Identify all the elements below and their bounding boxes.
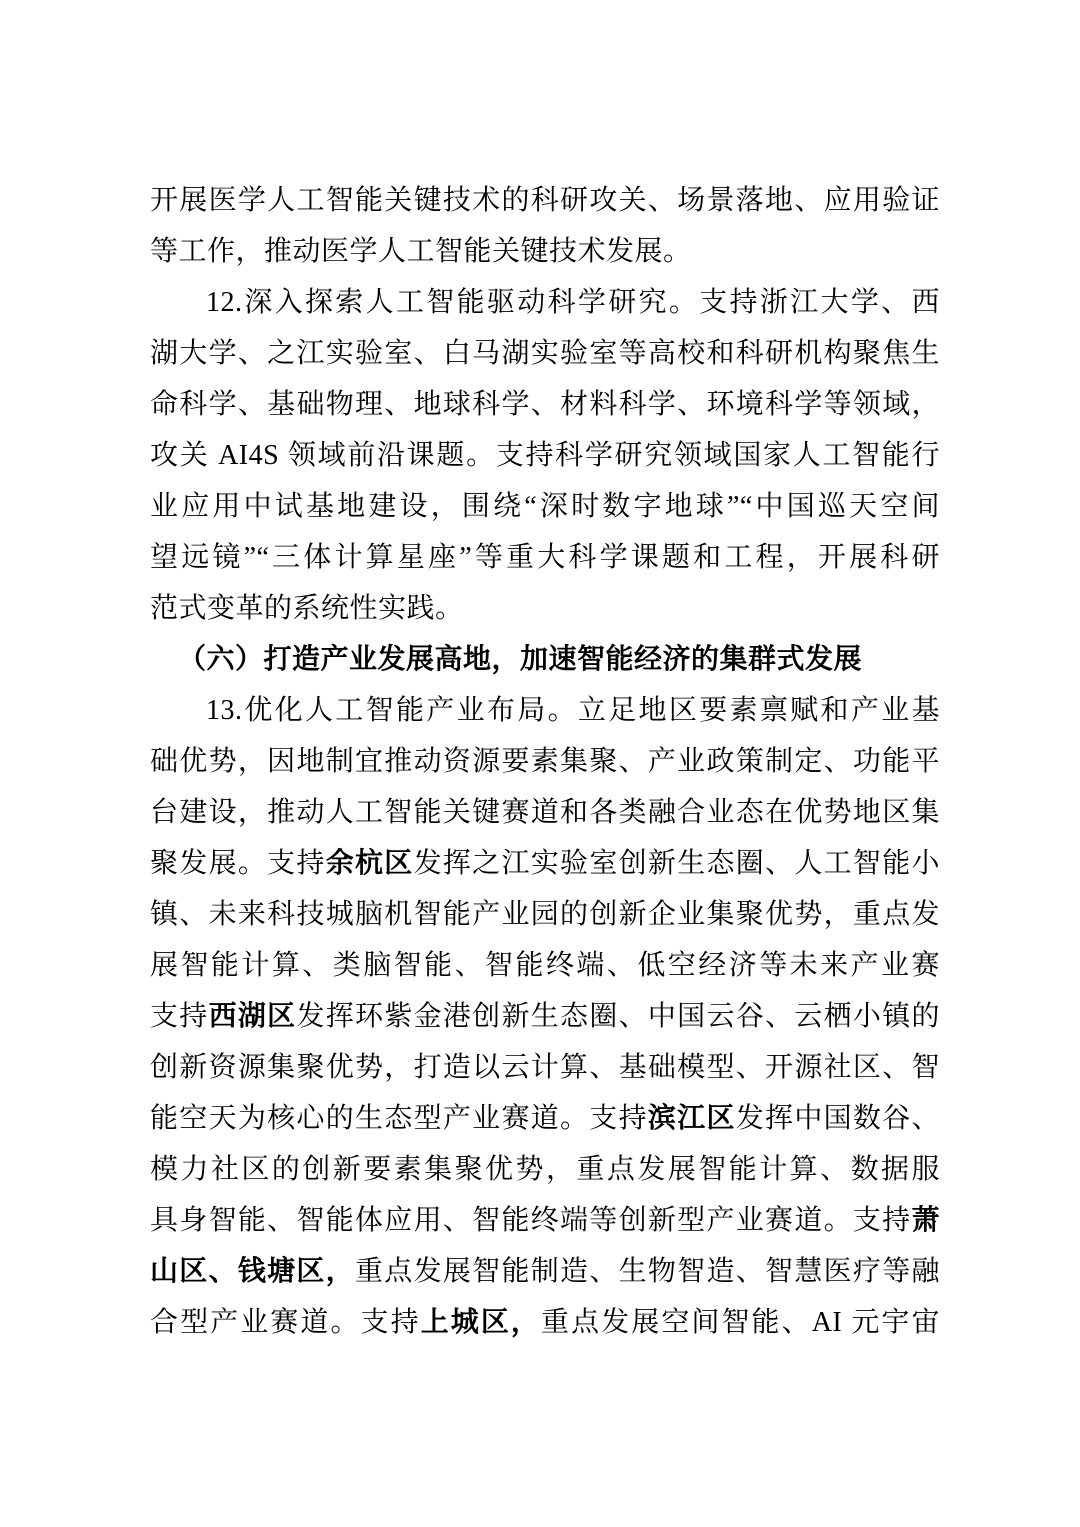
text-line: 具身智能、智能体应用、智能终端等创新型产业赛道。支持萧 (150, 1195, 940, 1246)
text-line: 命科学、基础物理、地球科学、材料科学、环境科学等领域， (150, 379, 940, 430)
text-line: 等工作，推动医学人工智能关键技术发展。 (150, 226, 940, 277)
text-segment: 础优势，因地制宜推动资源要素集聚、产业政策制定、功能平 (150, 746, 940, 777)
text-segment: 模力社区的创新要素集聚优势，重点发展智能计算、数据服务、 (150, 1154, 940, 1195)
text-segment: 重点发展空间智能、AI 元宇宙 (541, 1307, 940, 1338)
text-line: 12.深入探索人工智能驱动科学研究。支持浙江大学、西 (150, 277, 940, 328)
district-name-emphasis: 余杭区 (326, 848, 414, 879)
text-segment: 台建设，推动人工智能关键赛道和各类融合业态在优势地区集 (150, 797, 940, 828)
text-line: 13.优化人工智能产业布局。立足地区要素禀赋和产业基 (150, 685, 940, 736)
text-segment: 攻关 AI4S 领域前沿课题。支持科学研究领域国家人工智能行 (150, 440, 940, 471)
text-line: 山区、钱塘区，重点发展智能制造、生物智造、智慧医疗等融 (150, 1246, 940, 1297)
text-segment: 支持 (150, 1001, 209, 1032)
text-line: 聚发展。支持余杭区发挥之江实验室创新生态圈、人工智能小 (150, 838, 940, 889)
text-line: 台建设，推动人工智能关键赛道和各类融合业态在优势地区集 (150, 787, 940, 838)
text-line: 攻关 AI4S 领域前沿课题。支持科学研究领域国家人工智能行 (150, 430, 940, 481)
text-segment: 发挥环紫金港创新生态圈、中国云谷、云栖小镇的 (296, 1001, 940, 1032)
text-segment: 业应用中试基地建设，围绕“深时数字地球”“中国巡天空间 (150, 491, 940, 522)
text-segment: 重点发展智能制造、生物智造、智慧医疗等融 (355, 1256, 940, 1287)
text-line: 支持西湖区发挥环紫金港创新生态圈、中国云谷、云栖小镇的 (150, 991, 940, 1042)
text-line: 展智能计算、类脑智能、智能终端、低空经济等未来产业赛道。 (150, 940, 940, 991)
district-name-emphasis: 萧 (911, 1205, 940, 1236)
text-line: 业应用中试基地建设，围绕“深时数字地球”“中国巡天空间 (150, 481, 940, 532)
text-line: 模力社区的创新要素集聚优势，重点发展智能计算、数据服务、 (150, 1144, 940, 1195)
district-name-emphasis: 上城区， (421, 1307, 541, 1338)
text-segment: 支持浙江大学、西 (699, 287, 940, 318)
document-page: 开展医学人工智能关键技术的科研攻关、场景落地、应用验证等工作，推动医学人工智能关… (0, 0, 1080, 1527)
text-segment: 发挥之江实验室创新生态圈、人工智能小 (414, 848, 940, 879)
section-heading-text: （六）打造产业发展高地，加速智能经济的集群式发展 (178, 644, 862, 675)
text-segment: 湖大学、之江实验室、白马湖实验室等高校和科研机构聚焦生 (150, 338, 940, 369)
text-segment: 立足地区要素禀赋和产业基 (578, 695, 940, 726)
text-segment: 合型产业赛道。支持 (150, 1307, 421, 1338)
district-name-emphasis: 山区、钱塘区， (150, 1256, 355, 1287)
text-line: 望远镜”“三体计算星座”等重大科学课题和工程，开展科研 (150, 532, 940, 583)
text-segment: 发挥中国数谷、 (736, 1103, 940, 1134)
text-segment: 命科学、基础物理、地球科学、材料科学、环境科学等领域， (150, 389, 940, 420)
text-line: 能空天为核心的生态型产业赛道。支持滨江区发挥中国数谷、 (150, 1093, 940, 1144)
section-heading: （六）打造产业发展高地，加速智能经济的集群式发展 (150, 634, 940, 685)
text-line: 开展医学人工智能关键技术的科研攻关、场景落地、应用验证 (150, 175, 940, 226)
text-line: 湖大学、之江实验室、白马湖实验室等高校和科研机构聚焦生 (150, 328, 940, 379)
text-segment: 镇、未来科技城脑机智能产业园的创新企业集聚优势，重点发 (150, 899, 940, 930)
text-segment: 开展医学人工智能关键技术的科研攻关、场景落地、应用验证 (150, 185, 940, 216)
district-name-emphasis: 西湖区 (209, 1001, 297, 1032)
district-name-emphasis: 滨江区 (648, 1103, 736, 1134)
text-segment: 具身智能、智能体应用、智能终端等创新型产业赛道。支持 (150, 1205, 911, 1236)
text-line: 镇、未来科技城脑机智能产业园的创新企业集聚优势，重点发 (150, 889, 940, 940)
text-line: 创新资源集聚优势，打造以云计算、基础模型、开源社区、智 (150, 1042, 940, 1093)
text-segment: 创新资源集聚优势，打造以云计算、基础模型、开源社区、智 (150, 1052, 940, 1083)
text-segment: 等工作，推动医学人工智能关键技术发展。 (150, 236, 692, 267)
text-line: 合型产业赛道。支持上城区，重点发展空间智能、AI 元宇宙 (150, 1297, 940, 1348)
clause-title-segment: 12.深入探索人工智能驱动科学研究。 (206, 287, 699, 318)
text-segment: 能空天为核心的生态型产业赛道。支持 (150, 1103, 648, 1134)
text-segment: 范式变革的系统性实践。 (150, 593, 464, 624)
document-body: 开展医学人工智能关键技术的科研攻关、场景落地、应用验证等工作，推动医学人工智能关… (150, 175, 940, 1348)
clause-title-segment: 13.优化人工智能产业布局。 (206, 695, 578, 726)
text-line: 范式变革的系统性实践。 (150, 583, 940, 634)
text-segment: 望远镜”“三体计算星座”等重大科学课题和工程，开展科研 (150, 542, 940, 573)
text-line: 础优势，因地制宜推动资源要素集聚、产业政策制定、功能平 (150, 736, 940, 787)
text-segment: 展智能计算、类脑智能、智能终端、低空经济等未来产业赛道。 (150, 950, 940, 991)
text-segment: 聚发展。支持 (150, 848, 326, 879)
